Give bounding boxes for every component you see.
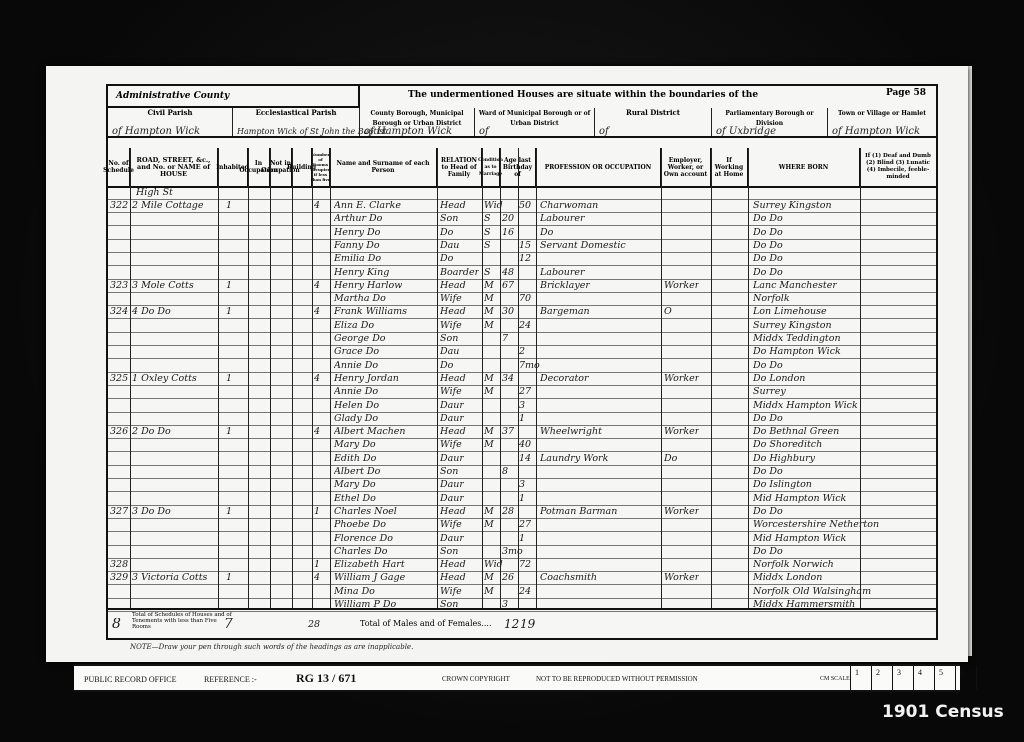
scale-mark bbox=[976, 666, 1024, 690]
table-row: 3251 Oxley Cotts14Henry JordanHeadM34Dec… bbox=[108, 372, 936, 386]
cell-born: Mid Hampton Wick bbox=[753, 532, 846, 545]
scale-mark: 5 bbox=[934, 666, 955, 690]
cell-born: Do Islington bbox=[753, 478, 812, 491]
table-row: Henry KingBoarderS48LabourerDo Do bbox=[108, 266, 936, 280]
scale-mark: 4 bbox=[913, 666, 934, 690]
cell-female-age: 15 bbox=[519, 239, 531, 252]
table-row: Charles DoSon3moDo Do bbox=[108, 545, 936, 559]
cell-born: Do Do bbox=[753, 359, 783, 372]
table-row: Eliza DoWifeM24Surrey Kingston bbox=[108, 319, 936, 333]
cell-male-age: 3mo bbox=[502, 545, 523, 558]
cell-born: Do London bbox=[753, 372, 805, 385]
cell-schedule: 326 bbox=[110, 425, 128, 438]
cell-rooms: 1 bbox=[314, 505, 320, 518]
cell-relation: Dau bbox=[440, 345, 459, 358]
cell-born: Do Do bbox=[753, 212, 783, 225]
col-at-home: If Working at Home bbox=[711, 148, 748, 186]
street-heading-row: High St bbox=[108, 186, 936, 200]
table-row: 3281Elizabeth HartHeadWid72Norfolk Norwi… bbox=[108, 558, 936, 572]
col-rooms: Number of Rooms occupied if less than fi… bbox=[312, 148, 330, 186]
cell-employer: Do bbox=[664, 452, 677, 465]
cell-inhabited: 1 bbox=[226, 425, 232, 438]
scale-mark: 1 bbox=[850, 666, 871, 690]
cell-relation: Daur bbox=[440, 399, 464, 412]
table-row: 3293 Victoria Cotts14William J GageHeadM… bbox=[108, 571, 936, 585]
cell-rooms: 4 bbox=[314, 372, 320, 385]
cell-occupation: Coachsmith bbox=[540, 571, 597, 584]
cell-schedule: 325 bbox=[110, 372, 128, 385]
cell-rooms: 4 bbox=[314, 279, 320, 292]
cell-relation: Boarder bbox=[440, 266, 479, 279]
cell-born: Do Do bbox=[753, 226, 783, 239]
cell-rooms: 4 bbox=[314, 425, 320, 438]
table-row: 3244 Do Do14Frank WilliamsHeadM30Bargema… bbox=[108, 305, 936, 319]
cell-name: Fanny Do bbox=[334, 239, 380, 252]
table-row: Mary DoDaur3Do Islington bbox=[108, 478, 936, 492]
total-males: 12 bbox=[504, 618, 519, 631]
total-rooms: 28 bbox=[308, 618, 320, 631]
cell-relation: Wife bbox=[440, 385, 462, 398]
totals-row: 8 Total of Schedules of Houses and of Te… bbox=[108, 608, 936, 640]
cell-name: Martha Do bbox=[334, 292, 386, 305]
cell-rooms: 4 bbox=[314, 199, 320, 212]
table-row: Fanny DoDauS15Servant DomesticDo Do bbox=[108, 239, 936, 253]
col-condition: Condition as to Marriage bbox=[482, 148, 500, 186]
table-row: 3233 Mole Cotts14Henry HarlowHeadM67Bric… bbox=[108, 279, 936, 293]
cell-relation: Son bbox=[440, 212, 458, 225]
cell-address: 3 Do Do bbox=[132, 505, 171, 518]
page-number: Page 58 bbox=[886, 88, 926, 98]
cell-name: Ann E. Clarke bbox=[334, 199, 401, 212]
cell-born: Surrey Kingston bbox=[753, 199, 832, 212]
col-building: Building bbox=[292, 148, 312, 186]
total-females: 19 bbox=[520, 618, 535, 631]
cell-inhabited: 1 bbox=[226, 571, 232, 584]
cell-born: Do Do bbox=[753, 239, 783, 252]
cell-rooms: 4 bbox=[314, 305, 320, 318]
col-road: ROAD, STREET, &c., and No. or NAME of HO… bbox=[130, 148, 218, 186]
grid-line bbox=[536, 148, 537, 608]
cell-relation: Son bbox=[440, 545, 458, 558]
cell-female-age: 72 bbox=[519, 558, 531, 571]
cell-relation: Head bbox=[440, 372, 466, 385]
cell-occupation: Charwoman bbox=[540, 199, 598, 212]
cell-relation: Daur bbox=[440, 492, 464, 505]
table-row: Phoebe DoWifeM27Worcestershire Netherton bbox=[108, 518, 936, 532]
cell-name: Charles Do bbox=[334, 545, 387, 558]
cell-female-age: 40 bbox=[519, 438, 531, 451]
cell-schedule: 329 bbox=[110, 571, 128, 584]
grid-line bbox=[270, 148, 271, 608]
cell-condition: S bbox=[484, 212, 491, 225]
cell-relation: Do bbox=[440, 226, 453, 239]
cell-female-age: 1 bbox=[519, 492, 525, 505]
county-borough: County Borough, Municipal Borough or Urb… bbox=[360, 108, 475, 138]
cell-name: Edith Do bbox=[334, 452, 376, 465]
ecclesiastical-parish: Ecclesiastical ParishHampton Wick of St … bbox=[233, 108, 360, 138]
cell-born: Do Bethnal Green bbox=[753, 425, 839, 438]
administrative-county: Administrative County bbox=[108, 86, 360, 108]
total-houses: 7 bbox=[224, 618, 233, 631]
record-office-footer: PUBLIC RECORD OFFICE REFERENCE :- RG 13 … bbox=[74, 664, 960, 692]
col-relation: RELATION to Head of Family bbox=[437, 148, 482, 186]
cell-male-age: 67 bbox=[502, 279, 514, 292]
col-occupation: PROFESSION OR OCCUPATION bbox=[536, 148, 661, 186]
cell-relation: Wife bbox=[440, 438, 462, 451]
cell-name: Glady Do bbox=[334, 412, 378, 425]
table-row: Annie DoWifeM27Surrey bbox=[108, 385, 936, 399]
scale-mark: 2 bbox=[871, 666, 892, 690]
cell-born: Middx Teddington bbox=[753, 332, 841, 345]
cm-scale: 1 2 3 4 5 6 bbox=[850, 666, 1024, 690]
cell-relation: Daur bbox=[440, 478, 464, 491]
table-row: Annie DoDo7moDo Do bbox=[108, 359, 936, 373]
cell-address: 2 Mile Cottage bbox=[132, 199, 204, 212]
cell-address: 2 Do Do bbox=[132, 425, 171, 438]
cell-name: Frank Williams bbox=[334, 305, 407, 318]
cell-female-age: 27 bbox=[519, 385, 531, 398]
grid-line bbox=[661, 148, 662, 608]
cell-relation: Do bbox=[440, 252, 453, 265]
cell-name: William J Gage bbox=[334, 571, 405, 584]
cell-name: Albert Machen bbox=[334, 425, 406, 438]
table-row: Mina DoWifeM24Norfolk Old Walsingham bbox=[108, 585, 936, 599]
grid-line bbox=[218, 148, 219, 608]
cell-female-age: 70 bbox=[519, 292, 531, 305]
table-row: 3262 Do Do14Albert MachenHeadM37Wheelwri… bbox=[108, 425, 936, 439]
cell-rooms: 1 bbox=[314, 558, 320, 571]
cell-born: Do Highbury bbox=[753, 452, 815, 465]
cell-relation: Head bbox=[440, 305, 466, 318]
cell-occupation: Laundry Work bbox=[540, 452, 608, 465]
cell-relation: Head bbox=[440, 571, 466, 584]
cell-born: Do Do bbox=[753, 465, 783, 478]
cell-male-age: 8 bbox=[502, 465, 508, 478]
table-row: Edith DoDaur14Laundry WorkDoDo Highbury bbox=[108, 452, 936, 466]
cell-address: 3 Mole Cotts bbox=[132, 279, 194, 292]
grid-line bbox=[330, 148, 331, 608]
cm-scale-label: CM SCALE bbox=[820, 675, 850, 683]
cell-female-age: 27 bbox=[519, 518, 531, 531]
cell-name: Mina Do bbox=[334, 585, 375, 598]
cell-name: Florence Do bbox=[334, 532, 393, 545]
grid-line bbox=[248, 148, 249, 608]
table-row: George DoSon7Middx Teddington bbox=[108, 332, 936, 346]
divider bbox=[108, 136, 936, 138]
cell-female-age: 24 bbox=[519, 585, 531, 598]
cell-condition: M bbox=[484, 372, 494, 385]
cell-born: Lanc Manchester bbox=[753, 279, 837, 292]
cell-occupation: Servant Domestic bbox=[540, 239, 626, 252]
cell-born: Norfolk Old Walsingham bbox=[753, 585, 871, 598]
cell-occupation: Labourer bbox=[540, 266, 585, 279]
cell-relation: Wife bbox=[440, 518, 462, 531]
cell-male-age: 37 bbox=[502, 425, 514, 438]
cell-occupation: Decorator bbox=[540, 372, 589, 385]
form-note: NOTE—Draw your pen through such words of… bbox=[130, 643, 413, 651]
cell-born: Middx London bbox=[753, 571, 822, 584]
table-row: Florence DoDaur1Mid Hampton Wick bbox=[108, 532, 936, 546]
table-row: Emilia DoDo12Do Do bbox=[108, 252, 936, 266]
cell-male-age: 20 bbox=[502, 212, 514, 225]
cell-relation: Head bbox=[440, 558, 466, 571]
ward: Ward of Municipal Borough or of Urban Di… bbox=[475, 108, 595, 138]
cell-born: Do Do bbox=[753, 545, 783, 558]
cell-name: George Do bbox=[334, 332, 386, 345]
cell-name: Albert Do bbox=[334, 465, 380, 478]
cell-relation: Son bbox=[440, 332, 458, 345]
cell-name: Elizabeth Hart bbox=[334, 558, 405, 571]
cell-born: Do Shoreditch bbox=[753, 438, 822, 451]
grid-line bbox=[748, 148, 749, 608]
cell-relation: Daur bbox=[440, 532, 464, 545]
cell-rooms: 4 bbox=[314, 571, 320, 584]
cell-employer: Worker bbox=[664, 571, 699, 584]
cell-name: Emilia Do bbox=[334, 252, 381, 265]
cell-female-age: 3 bbox=[519, 478, 525, 491]
cell-occupation: Wheelwright bbox=[540, 425, 602, 438]
grid-line bbox=[500, 148, 501, 608]
cell-female-age: 1 bbox=[519, 532, 525, 545]
total-schedules: 8 bbox=[112, 618, 121, 631]
cell-employer: Worker bbox=[664, 372, 699, 385]
cell-male-age: 34 bbox=[502, 372, 514, 385]
cell-born: Do Hampton Wick bbox=[753, 345, 841, 358]
cell-female-age: 3 bbox=[519, 399, 525, 412]
cell-occupation: Potman Barman bbox=[540, 505, 617, 518]
table-row: Helen DoDaur3Middx Hampton Wick bbox=[108, 399, 936, 413]
cell-relation: Head bbox=[440, 199, 466, 212]
cell-schedule: 324 bbox=[110, 305, 128, 318]
grid-line bbox=[437, 148, 438, 608]
cell-name: Mary Do bbox=[334, 438, 376, 451]
cell-schedule: 327 bbox=[110, 505, 128, 518]
cell-relation: Dau bbox=[440, 239, 459, 252]
cell-condition: M bbox=[484, 305, 494, 318]
cell-female-age: 24 bbox=[519, 319, 531, 332]
scale-mark: 3 bbox=[892, 666, 913, 690]
cell-schedule: 328 bbox=[110, 558, 128, 571]
cell-name: Henry Jordan bbox=[334, 372, 399, 385]
cell-name: Helen Do bbox=[334, 399, 379, 412]
total-schedules-label: Total of Schedules of Houses and of Tene… bbox=[132, 612, 232, 630]
cell-male-age: 16 bbox=[502, 226, 514, 239]
cell-employer: Worker bbox=[664, 505, 699, 518]
cell-condition: M bbox=[484, 292, 494, 305]
cell-name: Henry Harlow bbox=[334, 279, 402, 292]
reference-value: RG 13 / 671 bbox=[296, 671, 356, 686]
table-row: 3222 Mile Cottage14Ann E. ClarkeHeadWid5… bbox=[108, 199, 936, 213]
cell-born: Norfolk bbox=[753, 292, 790, 305]
cell-born: Mid Hampton Wick bbox=[753, 492, 846, 505]
table-row: Ethel DoDaur1Mid Hampton Wick bbox=[108, 492, 936, 506]
cell-relation: Son bbox=[440, 465, 458, 478]
cell-condition: M bbox=[484, 279, 494, 292]
column-headers: No. of Schedule ROAD, STREET, &c., and N… bbox=[108, 148, 936, 188]
cell-relation: Do bbox=[440, 359, 453, 372]
cell-name: Phoebe Do bbox=[334, 518, 386, 531]
table-row: Glady DoDaur1Do Do bbox=[108, 412, 936, 426]
total-males-females-label: Total of Males and of Females.... bbox=[360, 619, 492, 628]
grid-line bbox=[482, 148, 483, 608]
permission-notice: NOT TO BE REPRODUCED WITHOUT PERMISSION bbox=[536, 675, 698, 683]
cell-condition: M bbox=[484, 319, 494, 332]
cell-name: Henry Do bbox=[334, 226, 380, 239]
cell-condition: M bbox=[484, 571, 494, 584]
cell-inhabited: 1 bbox=[226, 305, 232, 318]
cell-born: Surrey bbox=[753, 385, 786, 398]
cell-name: Arthur Do bbox=[334, 212, 382, 225]
cell-inhabited: 1 bbox=[226, 279, 232, 292]
rural-district: Rural Districtof bbox=[595, 108, 712, 138]
cell-name: Annie Do bbox=[334, 385, 378, 398]
cell-employer: O bbox=[664, 305, 672, 318]
cell-relation: Wife bbox=[440, 292, 462, 305]
civil-parish: Civil Parishof Hampton Wick bbox=[108, 108, 233, 138]
cell-name: Henry King bbox=[334, 266, 389, 279]
cell-condition: M bbox=[484, 438, 494, 451]
cell-born: Do Do bbox=[753, 505, 783, 518]
cell-born: Norfolk Norwich bbox=[753, 558, 834, 571]
cell-relation: Head bbox=[440, 505, 466, 518]
cell-relation: Wife bbox=[440, 585, 462, 598]
cell-female-age: 50 bbox=[519, 199, 531, 212]
cell-female-age: 1 bbox=[519, 412, 525, 425]
cell-female-age: 14 bbox=[519, 452, 531, 465]
cell-name: Grace Do bbox=[334, 345, 379, 358]
census-watermark: 1901 Census bbox=[882, 702, 1004, 722]
col-name: Name and Surname of each Person bbox=[330, 148, 437, 186]
cell-name: Eliza Do bbox=[334, 319, 374, 332]
scale-mark: 6 bbox=[955, 666, 976, 690]
cell-inhabited: 1 bbox=[226, 505, 232, 518]
record-office: PUBLIC RECORD OFFICE bbox=[84, 675, 176, 684]
cell-female-age: 12 bbox=[519, 252, 531, 265]
grid-line bbox=[518, 148, 519, 608]
cell-male-age: 26 bbox=[502, 571, 514, 584]
cell-occupation: Bricklayer bbox=[540, 279, 590, 292]
parliamentary-borough: Parliamentary Borough or Divisionof Uxbr… bbox=[712, 108, 828, 138]
cell-relation: Wife bbox=[440, 319, 462, 332]
table-row: Henry DoDoS16DoDo Do bbox=[108, 226, 936, 240]
table-row: Grace DoDau2Do Hampton Wick bbox=[108, 345, 936, 359]
cell-male-age: 30 bbox=[502, 305, 514, 318]
cell-schedule: 323 bbox=[110, 279, 128, 292]
town-village: Town or Village or Hamletof Hampton Wick bbox=[828, 108, 936, 138]
cell-inhabited: 1 bbox=[226, 199, 232, 212]
col-employer: Employer, Worker, or Own account bbox=[661, 148, 711, 186]
cell-male-age: 48 bbox=[502, 266, 514, 279]
table-row: Martha DoWifeM70Norfolk bbox=[108, 292, 936, 306]
col-infirmity: If (1) Deaf and Dumb (2) Blind (3) Lunat… bbox=[860, 148, 936, 186]
cell-name: Charles Noel bbox=[334, 505, 397, 518]
table-row: Mary DoWifeM40Do Shoreditch bbox=[108, 438, 936, 452]
cell-address: 3 Victoria Cotts bbox=[132, 571, 207, 584]
col-schedule: No. of Schedule bbox=[108, 148, 130, 186]
cell-relation: Head bbox=[440, 425, 466, 438]
crown-copyright: CROWN COPYRIGHT bbox=[442, 675, 510, 683]
cell-name: Annie Do bbox=[334, 359, 378, 372]
grid-line bbox=[292, 148, 293, 608]
cell-occupation: Bargeman bbox=[540, 305, 590, 318]
cell-condition: S bbox=[484, 239, 491, 252]
table-row: Albert DoSon8Do Do bbox=[108, 465, 936, 479]
cell-condition: M bbox=[484, 505, 494, 518]
cell-schedule: 322 bbox=[110, 199, 128, 212]
cell-male-age: 28 bbox=[502, 505, 514, 518]
grid-line bbox=[130, 148, 131, 608]
grid-line bbox=[711, 148, 712, 608]
cell-name: Mary Do bbox=[334, 478, 376, 491]
cell-born: Surrey Kingston bbox=[753, 319, 832, 332]
reference-label: REFERENCE :- bbox=[204, 675, 257, 684]
cell-condition: M bbox=[484, 385, 494, 398]
cell-born: Lon Limehouse bbox=[753, 305, 827, 318]
census-form: Administrative County The undermentioned… bbox=[106, 84, 938, 640]
cell-born: Do Do bbox=[753, 252, 783, 265]
table-row: 3273 Do Do11Charles NoelHeadM28Potman Ba… bbox=[108, 505, 936, 519]
cell-employer: Worker bbox=[664, 279, 699, 292]
cell-condition: M bbox=[484, 585, 494, 598]
cell-born: Middx Hampton Wick bbox=[753, 399, 858, 412]
cell-born: Do Do bbox=[753, 266, 783, 279]
cell-male-age: 7 bbox=[502, 332, 508, 345]
cell-occupation: Labourer bbox=[540, 212, 585, 225]
table-row: Arthur DoSonS20LabourerDo Do bbox=[108, 212, 936, 226]
col-where-born: WHERE BORN bbox=[748, 148, 860, 186]
cell-condition: S bbox=[484, 266, 491, 279]
cell-address: 4 Do Do bbox=[132, 305, 171, 318]
form-heading: The undermentioned Houses are situate wi… bbox=[408, 90, 758, 100]
grid-line bbox=[860, 148, 861, 608]
cell-female-age: 2 bbox=[519, 345, 525, 358]
cell-employer: Worker bbox=[664, 425, 699, 438]
cell-name: Ethel Do bbox=[334, 492, 376, 505]
cell-condition: M bbox=[484, 518, 494, 531]
cell-relation: Daur bbox=[440, 452, 464, 465]
cell-occupation: Do bbox=[540, 226, 553, 239]
cell-address: 1 Oxley Cotts bbox=[132, 372, 197, 385]
cell-born: Do Do bbox=[753, 412, 783, 425]
cell-relation: Head bbox=[440, 279, 466, 292]
cell-condition: S bbox=[484, 226, 491, 239]
cell-condition: M bbox=[484, 425, 494, 438]
grid-line bbox=[312, 148, 313, 608]
cell-inhabited: 1 bbox=[226, 372, 232, 385]
cell-relation: Daur bbox=[440, 412, 464, 425]
